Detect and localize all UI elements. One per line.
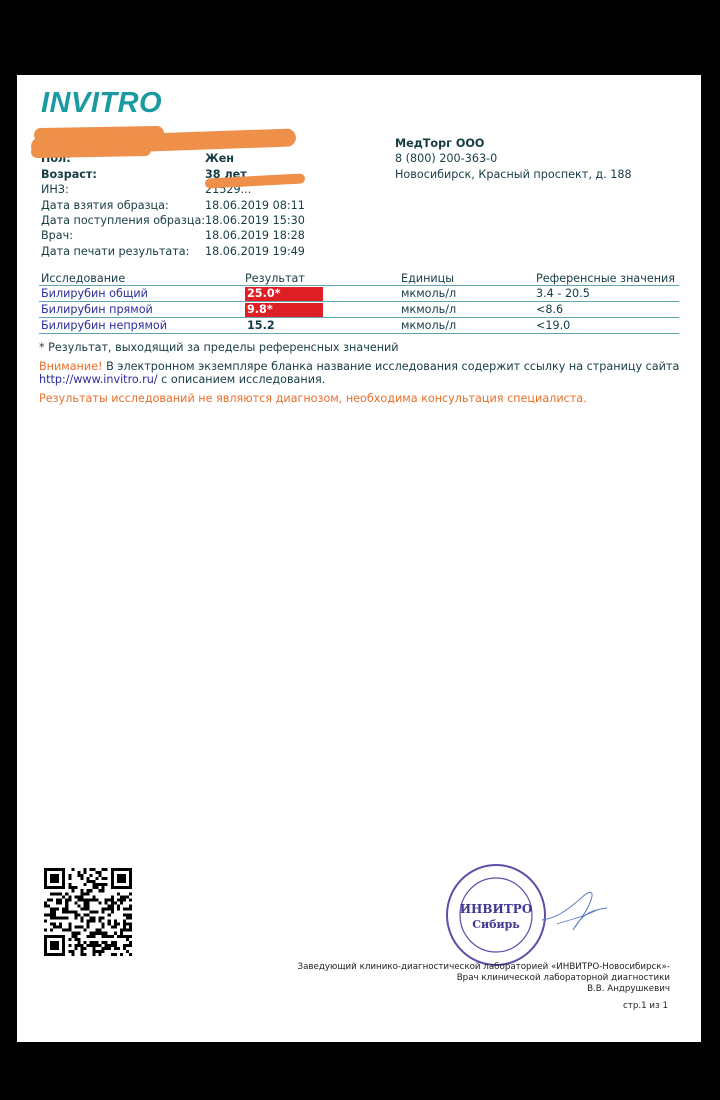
results-table: Исследование Результат Единицы Референсн… — [39, 272, 679, 334]
sample-taken-value: 18.06.2019 08:11 — [205, 199, 305, 212]
disclaimer: Результаты исследований не являются диаг… — [39, 392, 587, 405]
table-row: Билирубин непрямой 15.2 мкмоль/л <19.0 — [39, 318, 679, 334]
inz-label: ИНЗ: — [41, 183, 69, 196]
qr-code-icon — [44, 868, 132, 956]
footnote: * Результат, выходящий за пределы рефере… — [39, 341, 399, 354]
link-line: http://www.invitro.ru/ с описанием иссле… — [39, 373, 325, 386]
units: мкмоль/л — [399, 318, 534, 334]
doctor-value: 18.06.2019 18:28 — [205, 229, 305, 242]
col-test: Исследование — [39, 272, 243, 286]
reference-range: <8.6 — [534, 302, 679, 318]
col-units: Единицы — [399, 272, 534, 286]
page-number: стр.1 из 1 — [623, 1001, 668, 1011]
table-row: Билирубин общий 25.0* мкмоль/л 3.4 - 20.… — [39, 286, 679, 302]
redaction-mark — [31, 144, 151, 158]
flagged-result: 25.0* — [245, 287, 323, 301]
invitro-logo: INVITRO — [41, 87, 162, 120]
sex-value: Жен — [205, 152, 234, 165]
svg-text:Сибирь: Сибирь — [472, 918, 520, 931]
signature-icon — [537, 880, 617, 940]
test-name-link[interactable]: Билирубин прямой — [39, 302, 243, 318]
col-reference: Референсные значения — [534, 272, 679, 286]
sample-received-label: Дата поступления образца: — [41, 214, 205, 227]
sample-received-value: 18.06.2019 15:30 — [205, 214, 305, 227]
flagged-result: 9.8* — [245, 303, 323, 317]
lab-phone: 8 (800) 200-363-0 — [395, 152, 632, 167]
reference-range: <19.0 — [534, 318, 679, 334]
svg-text:ИНВИТРО: ИНВИТРО — [460, 902, 533, 916]
print-date-value: 18.06.2019 19:49 — [205, 245, 305, 258]
signature-line: Врач клинической лабораторной диагностик… — [298, 973, 670, 984]
doctor-label: Врач: — [41, 229, 73, 242]
age-label: Возраст: — [41, 168, 97, 181]
signature-line: Заведующий клинико-диагностической лабор… — [298, 962, 670, 973]
reference-range: 3.4 - 20.5 — [534, 286, 679, 302]
result-value: 15.2 — [245, 319, 275, 332]
lab-name: МедТорг ООО — [395, 137, 632, 152]
result-document: INVITRO ДРОН... ...ЕНА Пол: Жен Возраст:… — [17, 75, 701, 1042]
signature-block: Заведующий клинико-диагностической лабор… — [298, 962, 670, 995]
link-suffix: с описанием исследования. — [158, 373, 326, 386]
print-date-label: Дата печати результата: — [41, 245, 189, 258]
test-name-link[interactable]: Билирубин общий — [39, 286, 243, 302]
invitro-link[interactable]: http://www.invitro.ru/ — [39, 373, 158, 386]
lab-info: МедТорг ООО 8 (800) 200-363-0 Новосибирс… — [395, 137, 632, 183]
table-row: Билирубин прямой 9.8* мкмоль/л <8.6 — [39, 302, 679, 318]
attention-notice: Внимание! В электронном экземпляре бланк… — [39, 360, 679, 373]
units: мкмоль/л — [399, 286, 534, 302]
company-stamp-icon: ИНВИТРО Сибирь — [444, 863, 548, 967]
col-result: Результат — [243, 272, 399, 286]
signature-line: В.В. Андрушкевич — [298, 984, 670, 995]
attention-label: Внимание! — [39, 360, 103, 373]
results-header: Исследование Результат Единицы Референсн… — [39, 272, 679, 286]
sample-taken-label: Дата взятия образца: — [41, 199, 169, 212]
test-name-link[interactable]: Билирубин непрямой — [39, 318, 243, 334]
attention-text: В электронном экземпляре бланка название… — [103, 360, 680, 373]
lab-address: Новосибирск, Красный проспект, д. 188 — [395, 168, 632, 183]
units: мкмоль/л — [399, 302, 534, 318]
